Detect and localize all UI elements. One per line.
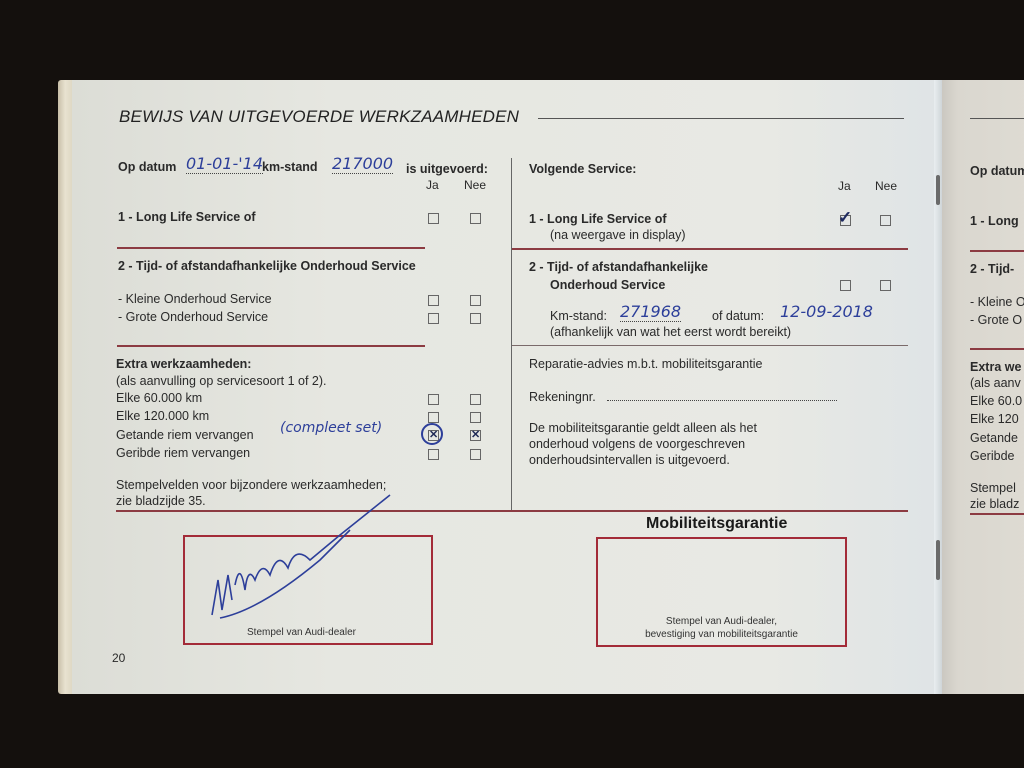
km-stand-label: km-stand <box>262 160 318 174</box>
afhankelijk-note: (afhankelijk van wat het eerst wordt ber… <box>550 325 791 339</box>
long-life-label: 1 - Long Life Service of <box>118 210 256 224</box>
check-mark-icon: ✓ <box>838 208 852 228</box>
next-page-zie: zie bladz <box>970 497 1019 511</box>
nee-header: Nee <box>875 179 897 193</box>
getande-nee-checkbox[interactable] <box>470 430 481 441</box>
page-title: BEWIJS VAN UITGEVOERDE WERKZAAMHEDEN <box>119 107 519 127</box>
reparatie-advies: Reparatie-advies m.b.t. mobiliteitsgaran… <box>529 357 762 371</box>
next-tijd-line1: 2 - Tijd- of afstandafhankelijke <box>529 260 708 274</box>
title-rule <box>538 118 904 119</box>
extra-item-label: Elke 120.000 km <box>116 409 209 423</box>
signature-icon <box>200 490 410 640</box>
grote-label: - Grote Onderhoud Service <box>118 310 268 324</box>
next-tijd-nee-checkbox[interactable] <box>880 280 891 291</box>
mobiliteit-note-1: De mobiliteitsgarantie geldt alleen als … <box>529 421 757 435</box>
next-page-grote: - Grote O <box>970 313 1022 327</box>
extra-item-label: Elke 60.000 km <box>116 391 202 405</box>
next-long-life-nee-checkbox[interactable] <box>880 215 891 226</box>
kleine-nee-checkbox[interactable] <box>470 295 481 306</box>
mobiliteit-note-2: onderhoud volgens de voorgeschreven <box>529 437 745 451</box>
extra-item-label: Getande riem vervangen <box>116 428 254 442</box>
stempel-note-page: zie bladzijde 35. <box>116 494 206 508</box>
next-page-extra: Extra we <box>970 360 1021 374</box>
next-km-stand-value: 271968 <box>620 302 681 322</box>
grote-nee-checkbox[interactable] <box>470 313 481 324</box>
ja-header: Ja <box>426 178 439 192</box>
next-page-op-datum: Op datum <box>970 164 1024 178</box>
long-life-nee-checkbox[interactable] <box>470 213 481 224</box>
nee-header: Nee <box>464 178 486 192</box>
column-divider <box>511 158 512 510</box>
grote-ja-checkbox[interactable] <box>428 313 439 324</box>
next-page-tijd: 2 - Tijd- <box>970 262 1014 276</box>
long-life-ja-checkbox[interactable] <box>428 213 439 224</box>
geribde-ja-checkbox[interactable] <box>428 449 439 460</box>
staple-icon <box>936 540 940 580</box>
op-datum-label: Op datum <box>118 160 176 174</box>
geribde-nee-checkbox[interactable] <box>470 449 481 460</box>
op-datum-value: 01-01-'14 <box>186 154 263 174</box>
mobiliteit-stamp-label-2: bevestiging van mobiliteitsgarantie <box>596 629 847 640</box>
next-page-elke120: Elke 120 <box>970 412 1019 426</box>
next-datum-field[interactable]: 12-09-2018 <box>780 302 873 321</box>
section-divider <box>970 250 1024 252</box>
km-stand-field[interactable]: 217000 <box>332 154 393 174</box>
section-divider <box>512 248 908 250</box>
extra-item-label: Geribde riem vervangen <box>116 446 250 460</box>
op-datum-field[interactable]: 01-01-'14 <box>186 154 258 174</box>
next-page-als: (als aanv <box>970 376 1021 390</box>
uitgevoerd-label: is uitgevoerd: <box>406 162 488 176</box>
extra-title: Extra werkzaamheden: <box>116 357 251 371</box>
mobiliteit-stamp-label-1: Stempel van Audi-dealer, <box>596 616 847 627</box>
km-stand-value: 217000 <box>332 154 393 174</box>
next-page-elke60: Elke 60.0 <box>970 394 1022 408</box>
section-divider <box>970 513 1024 515</box>
staple-icon <box>936 175 940 205</box>
next-page-getande: Getande <box>970 431 1018 445</box>
section-divider <box>970 348 1024 350</box>
elke120-ja-checkbox[interactable] <box>428 412 439 423</box>
next-page-geribde: Geribde <box>970 449 1014 463</box>
next-datum-label: of datum: <box>712 309 764 323</box>
kleine-ja-checkbox[interactable] <box>428 295 439 306</box>
page-number: 20 <box>112 651 125 665</box>
extra-subtitle: (als aanvulling op servicesoort 1 of 2). <box>116 374 327 388</box>
next-page-stempel: Stempel <box>970 481 1016 495</box>
section-divider <box>117 247 425 249</box>
mobiliteit-note-3: onderhoudsintervallen is uitgevoerd. <box>529 453 730 467</box>
tijd-afstand-title: 2 - Tijd- of afstandafhankelijke Onderho… <box>118 259 416 273</box>
rekening-label: Rekeningnr. <box>529 390 596 404</box>
next-datum-value: 12-09-2018 <box>780 302 873 321</box>
next-km-stand-label: Km-stand: <box>550 309 607 323</box>
elke60-ja-checkbox[interactable] <box>428 394 439 405</box>
kleine-label: - Kleine Onderhoud Service <box>118 292 272 306</box>
next-long-life-label: 1 - Long Life Service of <box>529 212 667 226</box>
ink-circle-mark <box>421 423 443 445</box>
next-title-rule <box>970 118 1024 119</box>
next-long-life-sub: (na weergave in display) <box>550 228 686 242</box>
section-divider <box>512 345 908 346</box>
next-tijd-line2: Onderhoud Service <box>550 278 665 292</box>
elke60-nee-checkbox[interactable] <box>470 394 481 405</box>
next-page-kleine: - Kleine O <box>970 295 1024 309</box>
next-page-long: 1 - Long <box>970 214 1019 228</box>
elke120-nee-checkbox[interactable] <box>470 412 481 423</box>
section-divider <box>117 345 425 347</box>
ja-header: Ja <box>838 179 851 193</box>
rekening-field[interactable] <box>607 400 837 401</box>
next-tijd-ja-checkbox[interactable] <box>840 280 851 291</box>
volgende-service-label: Volgende Service: <box>529 162 636 176</box>
mobiliteit-title: Mobiliteitsgarantie <box>646 515 787 533</box>
handwritten-note: (compleet set) <box>280 420 382 436</box>
booklet-spine <box>934 80 942 694</box>
next-km-stand-field[interactable]: 271968 <box>620 302 681 322</box>
